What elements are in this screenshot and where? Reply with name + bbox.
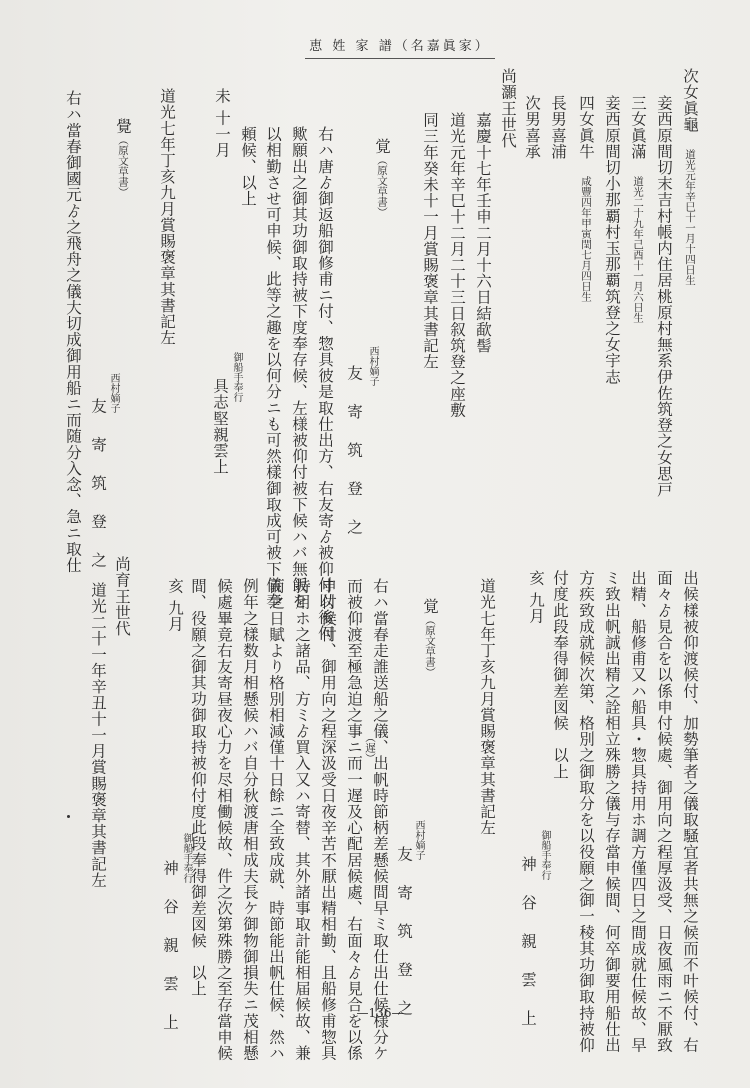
text-column: 次女眞龜 道光元年辛巳十一月十四日生 [680, 68, 700, 285]
text-column: 妾西原間切小那覇村玉那覇筑登之女宇志 [602, 95, 622, 385]
date-line: 未 十一月 [212, 88, 232, 158]
text-column: 間、役願之御其功御取持被仰付度此段奉得御差図候 以上 [188, 578, 208, 997]
signature-label: 御船手奉行 [180, 833, 192, 883]
ink-speck [67, 815, 70, 818]
page-header-title: 恵 姓 家 譜（名嘉眞家） [305, 38, 495, 59]
text-column: 候處畢竟右友寄昼夜心力を尽相働候故、件之次第殊勝之至存當申候 [214, 578, 234, 1061]
text-column: 出候樣被仰渡候付、加勢筆者之儀取騒宜者共無之候而不叶候付、右 [680, 570, 700, 1053]
text-column: 付度此段奉得御差図候 以上 [550, 570, 570, 779]
text-column: 四女眞牛 咸豐四年甲寅閏七月四日生 [576, 95, 596, 302]
text-column: 妾西原間切末吉村帳内住居桃原村無系伊佐筑登之女思戸 [654, 95, 674, 498]
insert-mark: （遅） [363, 732, 376, 764]
text-column: 道光元年辛巳十二月二十三日叙筑登之座敷 [447, 112, 467, 418]
text-column: 道光七年丁亥九月賞賜褒章其書記左 [477, 578, 497, 836]
text-column: 右ハ當春走誰送船之儀、出帆時節柄差懸候間早ミ取仕出仕候様分ケ [370, 578, 390, 1061]
text-column: 右ハ當春御國元ゟ之飛舟之儀大切成御用船ニ而随分入念、急ニ取仕 [63, 90, 83, 573]
text-column: 三女眞滿 道光二十九年己酉十一月六日生 [628, 95, 648, 323]
text-column: 面々ゟ見合を以係申付候處、御用向之程厚汲受、日夜風雨ニ不厭致 [654, 570, 674, 1053]
text-column: 次男喜承 [522, 95, 542, 159]
document-page: 恵 姓 家 譜（名嘉眞家） 次女眞龜 道光元年辛巳十一月十四日生 妾西原間切末吉… [0, 0, 750, 1088]
signature-label: 西村嫡子 [107, 373, 119, 413]
text-column: 例年之樣数月相懸候ハバ自分秋渡唐相成夫長ケ御物御損失ニ茂相懸 [240, 578, 260, 1061]
document-title: 覺（原文草書） [113, 118, 133, 197]
text-column: 申付候付、御用向之程深汲受日夜辛苦不厭出精相勤、且船修甫惣具 [318, 578, 338, 1061]
signature-label: 御船手奉行 [538, 830, 550, 880]
text-column: 出精、船修甫又ハ船具・惣具持用ホ調方僅四日之間成就仕候故、早 [628, 570, 648, 1053]
document-title: 覚（原文草書） [372, 138, 392, 217]
text-column: 持用ホ之諸品、方ミゟ買入又ハ寄替、其外諸事取計能相届候故、兼 [292, 578, 312, 1061]
document-title: 覚（原文草書） [420, 598, 440, 677]
signature-label: 西村嫡子 [366, 346, 378, 386]
date-line: 亥 九月 [526, 570, 546, 624]
text-column: 而被仰渡至極急迫之事ニ而一遅及心配居候處、右面々ゟ見合を以係 [344, 578, 364, 1061]
signature-name: 神 谷 親 雲 上 [160, 860, 180, 1038]
signature-name: 友 寄 筑 登 之 [344, 365, 364, 543]
text-column: 歟願出之御其功御取持被下度奉存候、左様被仰付被下候ハバ無飯を [289, 126, 309, 609]
signature-name: 友 寄 筑 登 之 [88, 398, 108, 576]
signature-name: 友 寄 筑 登 之 [394, 846, 414, 1024]
section-heading: 尚育王世代 [112, 556, 132, 637]
text-column: 長男喜浦 [548, 95, 568, 159]
text-column: ミ致出帆誠出精之詮相立殊勝之儀与存當申候間、何卒御要用船仕出 [602, 570, 622, 1053]
signature-label: 御船手奉行 [230, 352, 242, 402]
text-column: 頼候、以上 [238, 126, 258, 207]
section-heading: 尚灝王世代 [498, 68, 518, 149]
signature-name: 具志堅親雲上 [210, 378, 230, 475]
text-column: 道光二十一年辛丑十一月賞賜褒章其書記左 [88, 582, 108, 888]
text-column: 而之日賦より格別相減僅十日餘ニ全致成就、時節能出帆仕候、然ハ [266, 578, 286, 1061]
date-line: 亥 九月 [165, 578, 185, 632]
page-number: —136— [350, 1006, 410, 1020]
text-column: 嘉慶十七年壬申二月十六日結歃髻 [473, 112, 493, 354]
text-column: 同三年癸未十一月賞賜褒章其書記左 [420, 112, 440, 370]
signature-name: 神 谷 親 雲 上 [518, 856, 538, 1034]
text-column: 道光七年丁亥九月賞賜褒章其書記左 [157, 88, 177, 346]
text-column: 方疾致成就候次第、格別之御取分を以役願之御一稜其功御取持被仰 [576, 570, 596, 1053]
text-column: 右ハ唐ゟ御返船御修甫ニ付、惣具彼是取仕出方、右友寄ゟ被仰付以後何 [315, 126, 335, 641]
text-column: 以相勤させ可申候、此等之趣を以何分ニも可然樣御取成可被下儀奉 [263, 126, 283, 609]
